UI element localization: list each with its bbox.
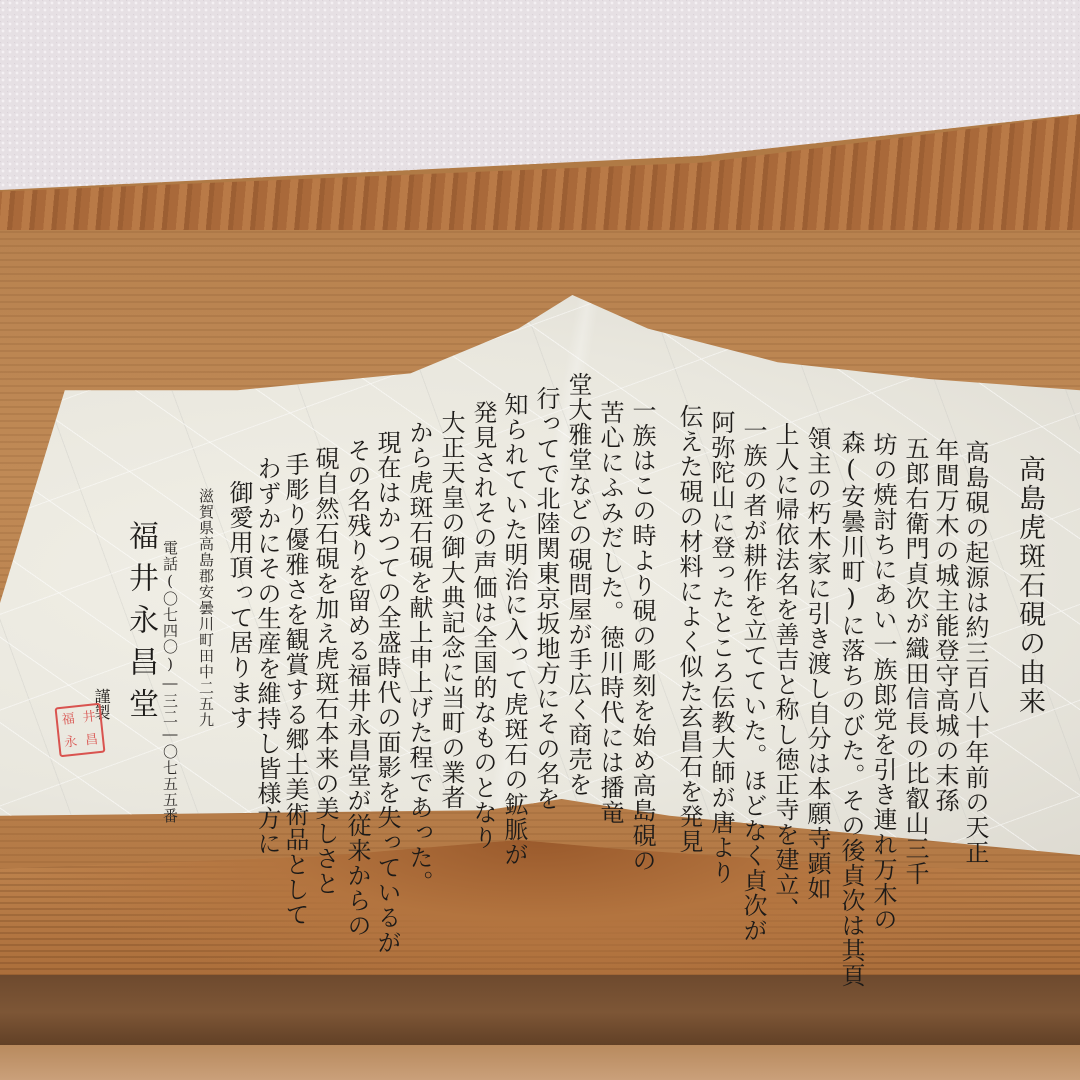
text-column: 五郎右衛門貞次が織田信長の比叡山三千	[898, 436, 933, 886]
red-seal-stamp: 福 井 永 昌	[55, 703, 106, 758]
text-column: 坊の焼討ちにあい一族郎党を引き連れ万木の	[866, 432, 901, 932]
text-column: 森(安曇川町)に落ちのびた。その後貞次は其頁	[834, 430, 869, 988]
text-column: 阿弥陀山に登ったところ伝教大師が唐より	[704, 410, 739, 885]
text-column: 行ってで北陸関東京坂地方にその名を	[529, 386, 564, 811]
seal-char: 昌	[80, 732, 102, 748]
text-column: 上人に帰依法名を善吉と称し徳正寺を建立、	[768, 422, 803, 922]
text-column: 発見されその声価は全国的なものとなり	[466, 400, 501, 850]
document-title: 高島虎斑石硯の由来	[1010, 455, 1049, 716]
text-column: 一族の者が耕作を立てていた。ほどなく貞次が	[736, 418, 771, 943]
maker-name: 福井永昌堂	[118, 520, 162, 730]
text-column: 高島硯の起源は約三百八十年前の天正	[958, 440, 993, 865]
seal-char: 福	[57, 712, 79, 728]
text-column: 現在はかつての全盛時代の面影を失っているが	[370, 430, 405, 955]
text-column: 知られていた明治に入って虎斑石の鉱脈が	[497, 392, 532, 867]
seal-char: 永	[60, 734, 82, 750]
text-column: 苦心にふみだした。徳川時代には播竜	[593, 400, 628, 825]
text-column: その名残りを留める福井永昌堂が従来からの	[340, 438, 375, 938]
maker-address: 滋賀県高島郡安曇川町田中二五九	[196, 488, 217, 728]
seal-char: 井	[78, 709, 100, 725]
table-surface	[0, 1045, 1080, 1080]
text-column: 年間万木の城主能登守高城の末孫	[928, 438, 963, 813]
text-column: から虎斑石硯を献上申上げた程であった。	[402, 420, 437, 895]
text-column: 御愛用頂って居ります	[222, 480, 257, 730]
text-column: 大正天皇の御大典記念に当町の業者	[434, 410, 469, 810]
text-column: 一族はこの時より硯の彫刻を始め高島硯の	[625, 398, 660, 873]
text-column: 硯自然石硯を加え虎斑石本来の美しさと	[308, 446, 343, 896]
text-column: 領主の朽木家に引き渡し自分は本願寺顕如	[800, 426, 835, 901]
inkstone-box-base	[0, 975, 1080, 1050]
text-column: 堂大雅堂などの硯問屋が手広く商売を	[561, 372, 596, 797]
text-column: 伝えた硯の材料によく似た玄昌石を発見	[672, 404, 707, 854]
maker-phone: 電話(〇七四〇)―三二―〇七五五番	[160, 540, 181, 824]
